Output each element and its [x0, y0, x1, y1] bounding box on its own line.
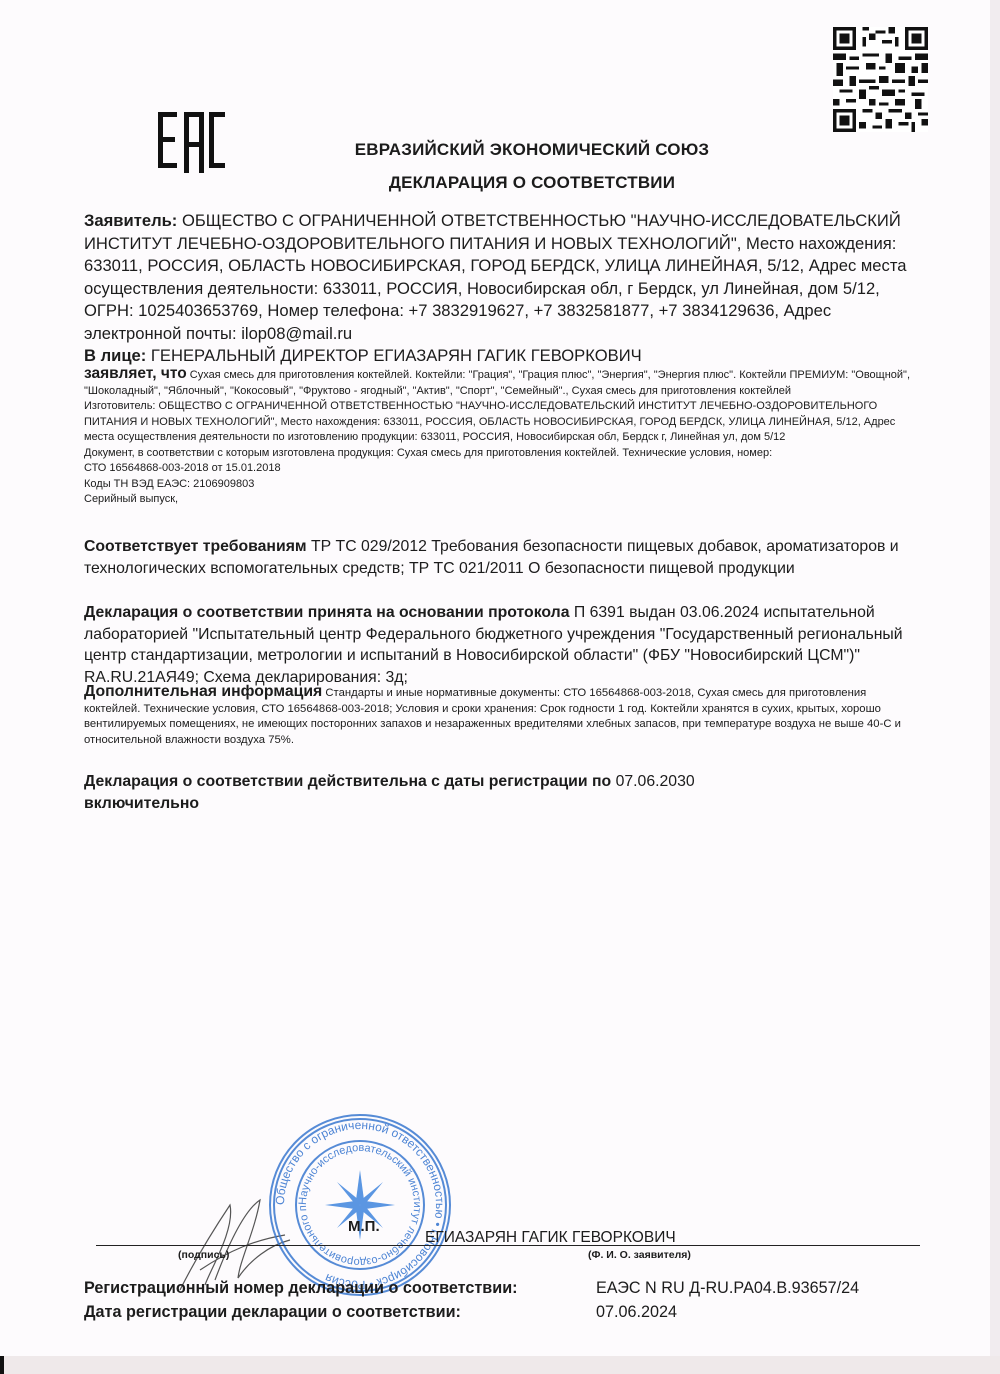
- additional-label: Дополнительная информация: [84, 683, 322, 700]
- manufacturer-label: Изготовитель:: [84, 400, 156, 412]
- conforms-label: Соответствует требованиям: [84, 538, 307, 555]
- tnved-codes: Коды ТН ВЭД ЕАЭС: 2106909803: [84, 478, 254, 490]
- signature-caption: (подпись): [178, 1249, 229, 1261]
- applicant-section: Заявитель: ОБЩЕСТВО С ОГРАНИЧЕННОЙ ОТВЕТ…: [84, 210, 920, 368]
- declares-label: заявляет, что: [84, 365, 187, 382]
- conforms-section: Соответствует требованиям ТР ТС 029/2012…: [84, 536, 920, 579]
- scan-edge-bottom: [0, 1356, 1000, 1374]
- validity-suffix: включительно: [84, 795, 199, 812]
- scan-mark: [0, 1356, 4, 1374]
- name-caption: (Ф. И. О. заявителя): [588, 1249, 691, 1261]
- basis-section: Декларация о соответствии принята на осн…: [84, 602, 920, 688]
- represented-text: ГЕНЕРАЛЬНЫЙ ДИРЕКТОР ЕГИАЗАРЯН ГАГИК ГЕВ…: [146, 346, 641, 365]
- reg-number-value: ЕАЭС N RU Д-RU.РА04.В.93657/24: [596, 1279, 859, 1298]
- declares-section: заявляет, что Сухая смесь для приготовле…: [84, 366, 920, 508]
- serial-release: Серийный выпуск,: [84, 493, 178, 505]
- qr-code-icon: [833, 27, 928, 132]
- basis-label: Декларация о соответствии принята на осн…: [84, 604, 569, 621]
- seal-place-label: М.П.: [348, 1218, 380, 1235]
- signature-line: [96, 1245, 464, 1246]
- union-title: ЕВРАЗИЙСКИЙ ЭКОНОМИЧЕСКИЙ СОЮЗ: [32, 140, 1000, 160]
- reg-date-label: Дата регистрации декларации о соответств…: [84, 1303, 461, 1322]
- validity-label: Декларация о соответствии действительна …: [84, 773, 611, 790]
- company-stamp: Общество с ограниченной ответственностью…: [265, 1110, 455, 1300]
- document-line-2: СТО 16564868-003-2018 от 15.01.2018: [84, 462, 281, 474]
- document-line-1: Документ, в соответствии с которым изгот…: [84, 447, 772, 459]
- page-title: ДЕКЛАРАЦИЯ О СООТВЕТСТВИИ: [32, 173, 1000, 193]
- signer-name: ЕГИАЗАРЯН ГАГИК ГЕВОРКОВИЧ: [425, 1229, 676, 1247]
- represented-label: В лице:: [84, 346, 146, 365]
- scan-edge-right: [990, 0, 1000, 1374]
- applicant-text: ОБЩЕСТВО С ОГРАНИЧЕННОЙ ОТВЕТСТВЕННОСТЬЮ…: [84, 211, 906, 343]
- applicant-label: Заявитель:: [84, 211, 177, 230]
- manufacturer-text: ОБЩЕСТВО С ОГРАНИЧЕННОЙ ОТВЕТСТВЕННОСТЬЮ…: [84, 400, 895, 443]
- reg-date-value: 07.06.2024: [596, 1303, 677, 1322]
- reg-number-label: Регистрационный номер декларации о соотв…: [84, 1279, 518, 1298]
- validity-date: 07.06.2030: [611, 773, 694, 790]
- declares-text: Сухая смесь для приготовления коктейлей.…: [84, 369, 910, 397]
- additional-section: Дополнительная информация Стандарты и ин…: [84, 684, 920, 748]
- validity-section: Декларация о соответствии действительна …: [84, 771, 920, 814]
